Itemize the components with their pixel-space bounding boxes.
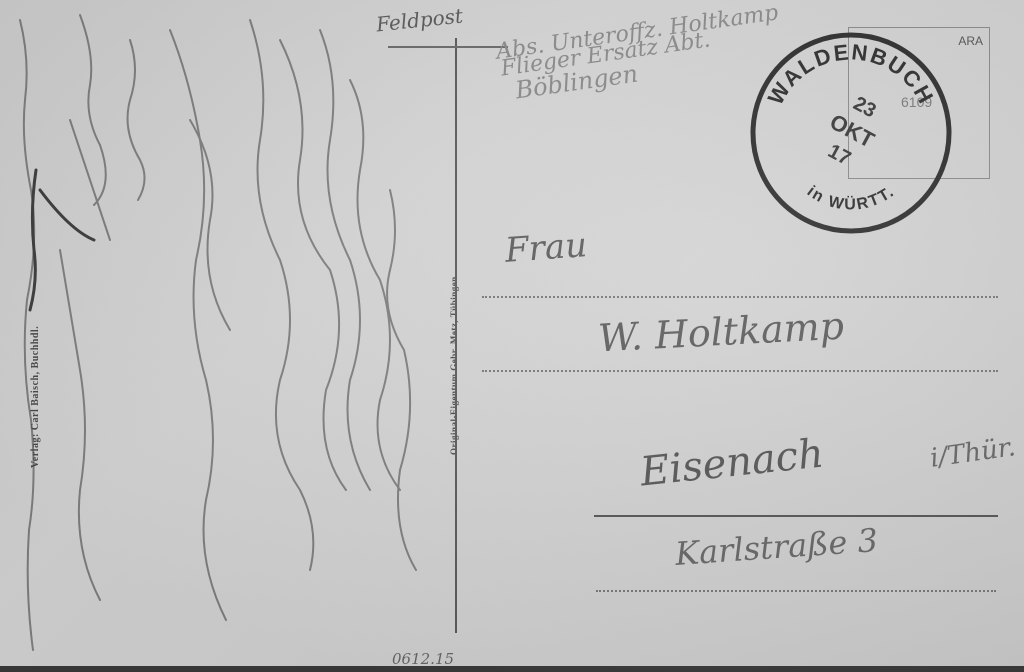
address-salutation: Frau [504,225,589,271]
card-bottom-edge [0,666,1024,672]
address-name: W. Holtkamp [597,304,845,361]
center-divider [455,38,457,633]
postmark-year: 17 [824,140,854,170]
postmark-town: WALDENBUCH [763,39,939,109]
address-line-2 [482,370,998,372]
address-line-4 [596,590,996,592]
address-line-1 [482,296,998,298]
address-street: Karlstraße 3 [674,521,879,573]
address-city: Eisenach [638,431,826,496]
feldpost-underline [388,46,508,48]
publisher-imprint: Verlag: Carl Baisch, Buchhdl. [30,326,41,468]
svg-text:WALDENBUCH: WALDENBUCH [763,39,939,109]
postmark-region: in WÜRTT. [804,183,899,214]
svg-text:in WÜRTT.: in WÜRTT. [804,183,899,214]
address-city-suffix: i/Thür. [928,432,1017,474]
postcard: Verlag: Carl Baisch, Buchhdl. Original-E… [0,0,1024,672]
stamp-corner-label: ARA [958,34,983,48]
postmark: WALDENBUCH in WÜRTT. 23 OKT 17 [748,30,954,236]
message-handwriting [0,0,455,672]
address-line-3 [594,515,998,517]
copyright-imprint: Original-Eigentum Gebr. Metz, Tübingen. [449,273,459,455]
